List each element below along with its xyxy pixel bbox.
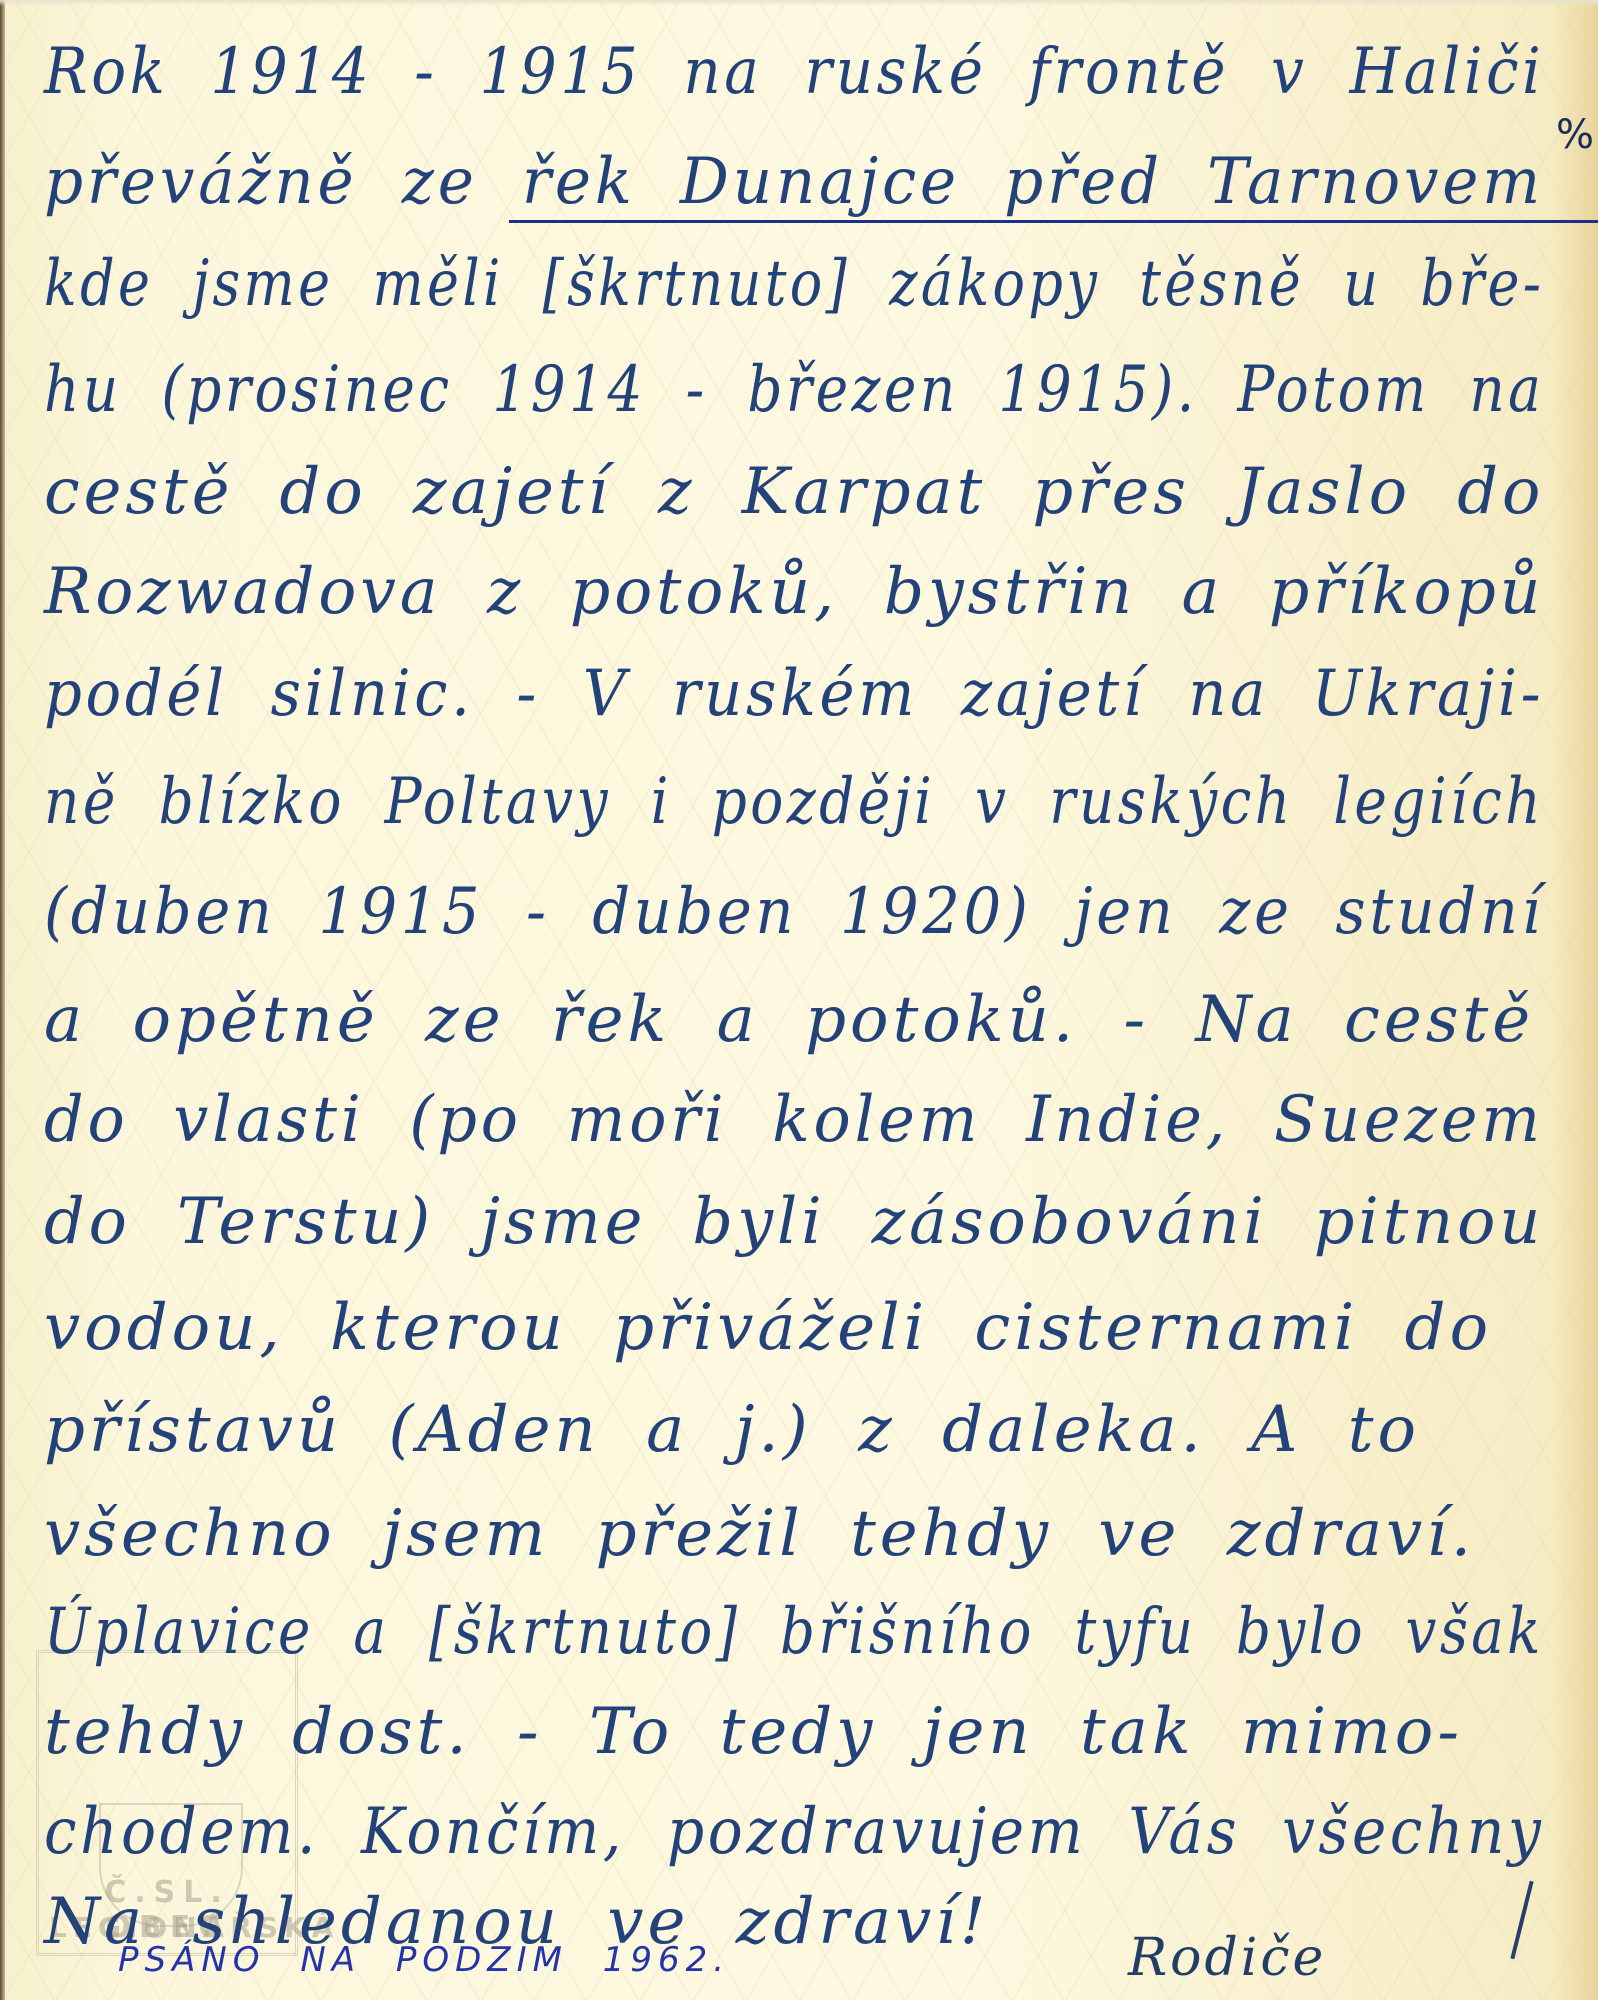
- underline-rule: [509, 220, 1598, 223]
- letter-line-13: vodou, kterou přiváželi cisternami do: [44, 1296, 1492, 1360]
- paper-top-edge: [0, 0, 1598, 6]
- letter-line-5: cestě do zajetí z Karpat přes Jaslo do: [44, 460, 1544, 524]
- letter-line-12: do Terstu) jsme byli zásobováni pitnou: [44, 1190, 1544, 1254]
- margin-mark: %: [1556, 112, 1594, 158]
- letter-line-18: chodem. Končím, pozdravujem Vás všechny: [44, 1800, 1544, 1864]
- letter-line-10: a opětně ze řek a potoků. - Na cestě: [44, 988, 1534, 1052]
- letter-line-7: podél silnic. - V ruském zajetí na Ukraj…: [44, 662, 1544, 726]
- letter-line-2: převážně ze řek Dunajce před Tarnovem: [44, 150, 1544, 214]
- letter-line-17: tehdy dost. - To tedy jen tak mimo-: [44, 1700, 1463, 1764]
- letter-line-16: Úplavice a [škrtnuto] břišního tyfu bylo…: [44, 1600, 1544, 1664]
- letter-line-1: Rok 1914 - 1915 na ruské frontě v Haliči: [44, 40, 1544, 104]
- letter-line-3: kde jsme měli [škrtnuto] zákopy těsně u …: [44, 252, 1544, 316]
- letter-line-8: ně blízko Poltavy i později v ruských le…: [44, 770, 1544, 834]
- written-date-note: PSÁNO NA PODZIM 1962.: [118, 1940, 730, 1980]
- letter-line-9: (duben 1915 - duben 1920) jen ze studní: [44, 880, 1544, 944]
- letter-line-6: Rozwadova z potoků, bystřin a příkopů: [44, 560, 1544, 624]
- letter-line-14: přístavů (Aden a j.) z daleka. A to: [44, 1398, 1420, 1462]
- signature: Rodiče: [1128, 1928, 1326, 1988]
- letter-line-11: do vlasti (po moři kolem Indie, Suezem: [44, 1088, 1544, 1152]
- letter-line-4: hu (prosinec 1914 - březen 1915). Potom …: [44, 358, 1544, 422]
- letter-line-15: všechno jsem přežil tehdy ve zdraví.: [44, 1502, 1475, 1566]
- paper-left-edge: [0, 0, 5, 2000]
